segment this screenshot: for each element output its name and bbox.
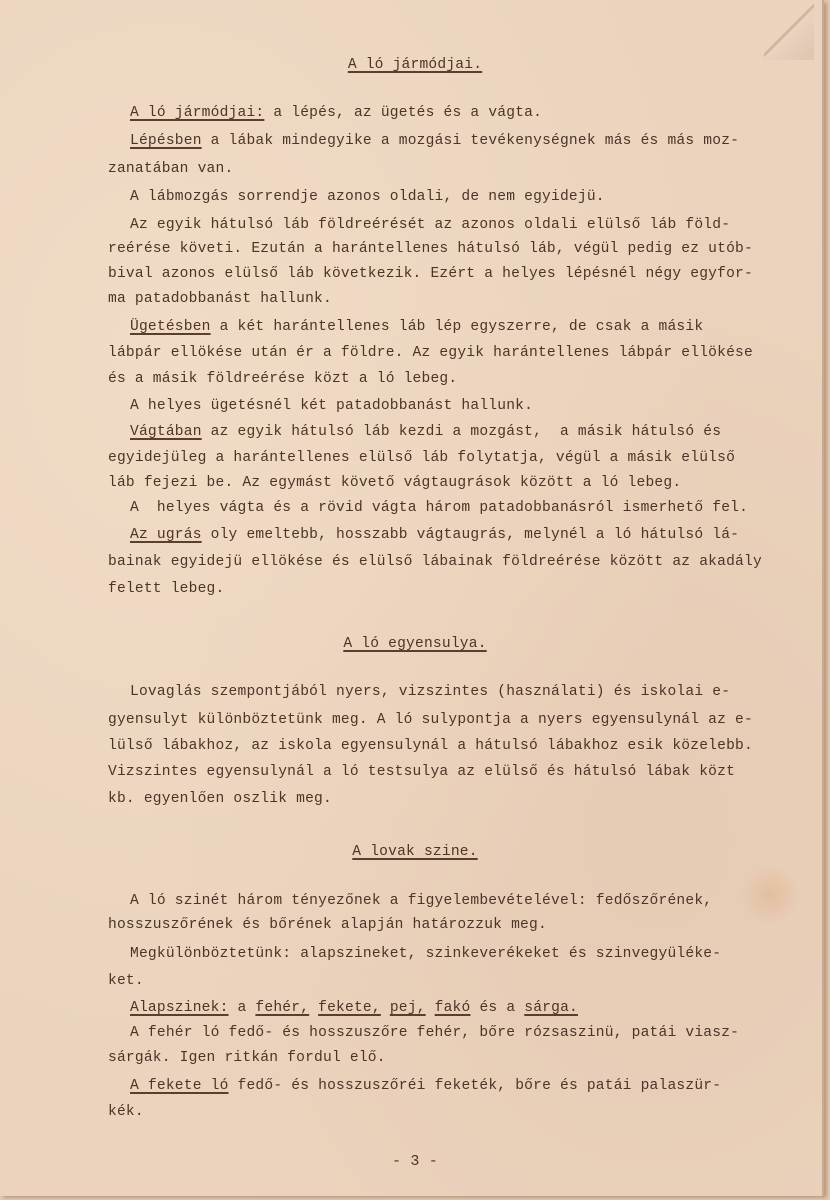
text-line: felett lebeg. <box>108 580 224 598</box>
text-line: ma patadobbanást hallunk. <box>108 290 332 308</box>
text-line: láb fejezi be. Az egymást követő vágtaug… <box>108 474 681 492</box>
text-line: A fekete ló fedő- és hosszuszőréi feketé… <box>130 1077 721 1095</box>
section-heading-gaits: A ló jármódjai. <box>0 56 830 74</box>
text-line: Az ugrás oly emeltebb, hosszabb vágtaugr… <box>130 526 739 544</box>
text-line: Lovaglás szempontjából nyers, vizszintes… <box>130 683 730 701</box>
page-number: - 3 - <box>0 1153 830 1171</box>
text-line: bainak egyidejü ellökése és elülső lábai… <box>108 553 762 571</box>
text-line: reérése követi. Ezután a harántellenes h… <box>108 240 753 258</box>
text-line: Lépésben a lábak mindegyike a mozgási te… <box>130 132 739 150</box>
text-line: kb. egyenlően oszlik meg. <box>108 790 332 808</box>
text-line: gyensulyt különböztetünk meg. A ló sulyp… <box>108 711 753 729</box>
text-line: lülső lábakhoz, az iskola egyensulynál a… <box>108 737 753 755</box>
text-line: Ügetésben a két harántellenes láb lép eg… <box>130 318 703 336</box>
text-line: bival azonos elülső láb következik. Ezér… <box>108 265 753 283</box>
text-line: lábpár ellökése után ér a földre. Az egy… <box>108 344 753 362</box>
text-line: Alapszinek: a fehér, fekete, pej, fakó é… <box>130 999 578 1017</box>
page-corner-fold <box>764 0 814 60</box>
section-heading-colors: A lovak szine. <box>0 843 830 861</box>
section-heading-balance: A ló egyensulya. <box>0 635 830 653</box>
text-line: ket. <box>108 972 144 990</box>
text-line: zanatában van. <box>108 160 233 178</box>
text-line: és a másik földreérése közt a ló lebeg. <box>108 370 457 388</box>
text-line: kék. <box>108 1103 144 1121</box>
text-line: sárgák. Igen ritkán fordul elő. <box>108 1049 386 1067</box>
text-line: Vágtában az egyik hátulsó láb kezdi a mo… <box>130 423 721 441</box>
text-line: egyidejüleg a harántellenes elülső láb f… <box>108 449 735 467</box>
text-line: A helyes vágta és a rövid vágta három pa… <box>130 499 748 517</box>
text-line: A ló szinét három tényezőnek a figyelemb… <box>130 892 712 910</box>
text-line: A lábmozgás sorrendje azonos oldali, de … <box>130 188 605 206</box>
text-line: A ló jármódjai: a lépés, az ügetés és a … <box>130 104 542 122</box>
text-line: Megkülönböztetünk: alapszineket, szinkev… <box>130 945 721 963</box>
text-line: A helyes ügetésnél két patadobbanást hal… <box>130 397 533 415</box>
text-line: Az egyik hátulsó láb földreérését az azo… <box>130 216 730 234</box>
text-line: A fehér ló fedő- és hosszuszőre fehér, b… <box>130 1024 739 1042</box>
text-line: Vizszintes egyensulynál a ló testsulya a… <box>108 763 735 781</box>
text-line: hosszuszőrének és bőrének alapján határo… <box>108 916 547 934</box>
